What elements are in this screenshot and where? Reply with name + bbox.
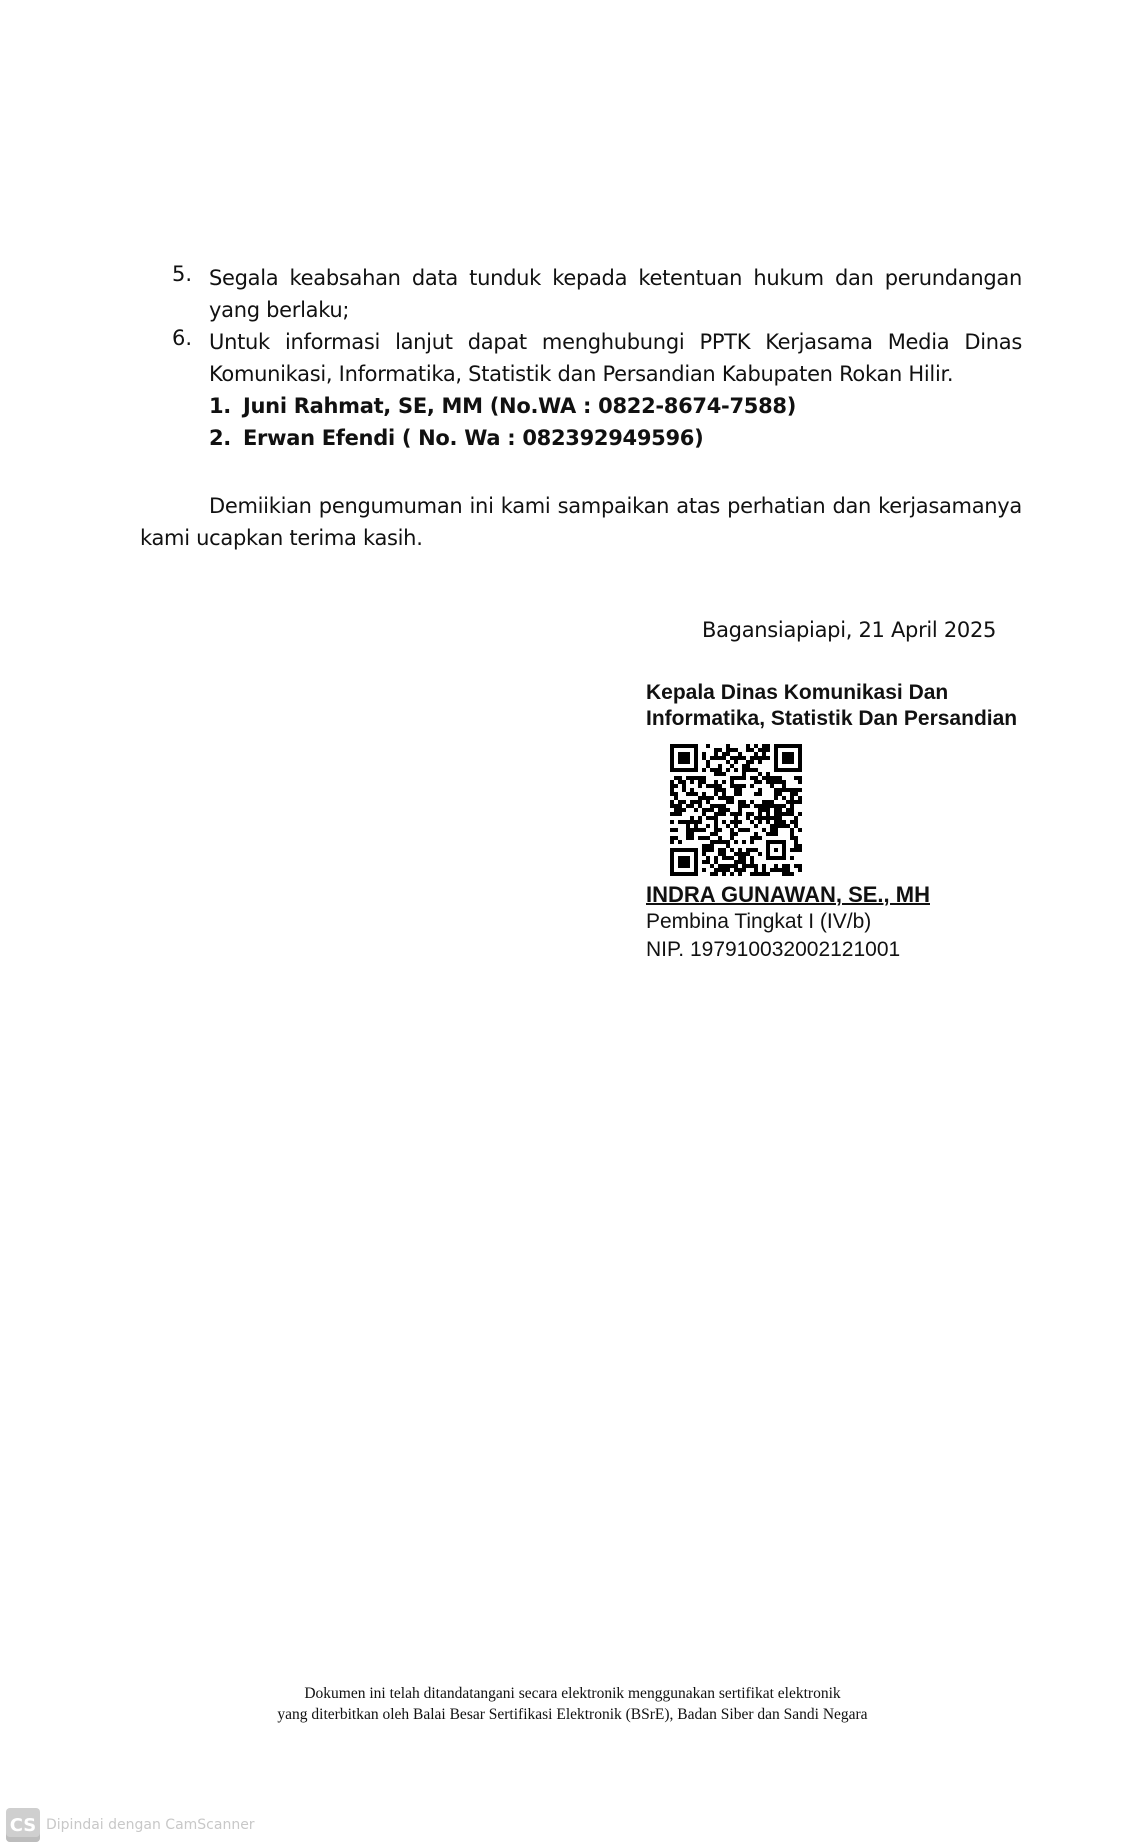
signatory-nip: NIP. 197910032002121001 <box>646 938 900 962</box>
closing-paragraph: Demiikian pengumuman ini kami sampaikan … <box>140 490 1022 554</box>
list-item-line: yang berlaku; <box>209 294 1022 326</box>
contact-number: 1. <box>209 394 243 418</box>
signatory-title-line-2: Informatika, Statistik Dan Persandian <box>646 706 1017 732</box>
list-item-line: Komunikasi, Informatika, Statistik dan P… <box>209 358 1022 390</box>
footer-line-2: yang diterbitkan oleh Balai Besar Sertif… <box>0 1704 1145 1725</box>
signatory-title: Kepala Dinas Komunikasi Dan Informatika,… <box>646 680 1017 732</box>
contact-text: Erwan Efendi ( No. Wa : 082392949596) <box>243 426 703 450</box>
camscanner-watermark: CS Dipindai dengan CamScanner <box>6 1808 255 1842</box>
footer-line-1: Dokumen ini telah ditandatangani secara … <box>0 1683 1145 1704</box>
camscanner-text: Dipindai dengan CamScanner <box>46 1817 255 1833</box>
contact-1: 1.Juni Rahmat, SE, MM (No.WA : 0822-8674… <box>209 394 796 418</box>
qr-code-icon <box>668 744 804 876</box>
contact-text: Juni Rahmat, SE, MM (No.WA : 0822-8674-7… <box>243 394 796 418</box>
list-number: 5. <box>172 262 192 286</box>
signatory-title-line-1: Kepala Dinas Komunikasi Dan <box>646 680 1017 706</box>
contact-number: 2. <box>209 426 243 450</box>
place-date: Bagansiapiapi, 21 April 2025 <box>702 618 996 642</box>
list-item-5: 5. Segala keabsahan data tunduk kepada k… <box>172 262 1022 326</box>
list-item-line: Segala keabsahan data tunduk kepada kete… <box>209 262 1022 294</box>
list-number: 6. <box>172 326 192 350</box>
signatory-name: INDRA GUNAWAN, SE., MH <box>646 882 930 908</box>
closing-line-2: kami ucapkan terima kasih. <box>140 526 423 550</box>
list-item-line: Untuk informasi lanjut dapat menghubungi… <box>209 326 1022 358</box>
e-signature-footer: Dokumen ini telah ditandatangani secara … <box>0 1683 1145 1725</box>
signatory-rank: Pembina Tingkat I (IV/b) <box>646 910 871 934</box>
list-item-6: 6. Untuk informasi lanjut dapat menghubu… <box>172 326 1022 390</box>
contact-2: 2.Erwan Efendi ( No. Wa : 082392949596) <box>209 426 703 450</box>
closing-line-1: Demiikian pengumuman ini kami sampaikan … <box>140 490 1022 522</box>
camscanner-logo-icon: CS <box>6 1808 40 1842</box>
